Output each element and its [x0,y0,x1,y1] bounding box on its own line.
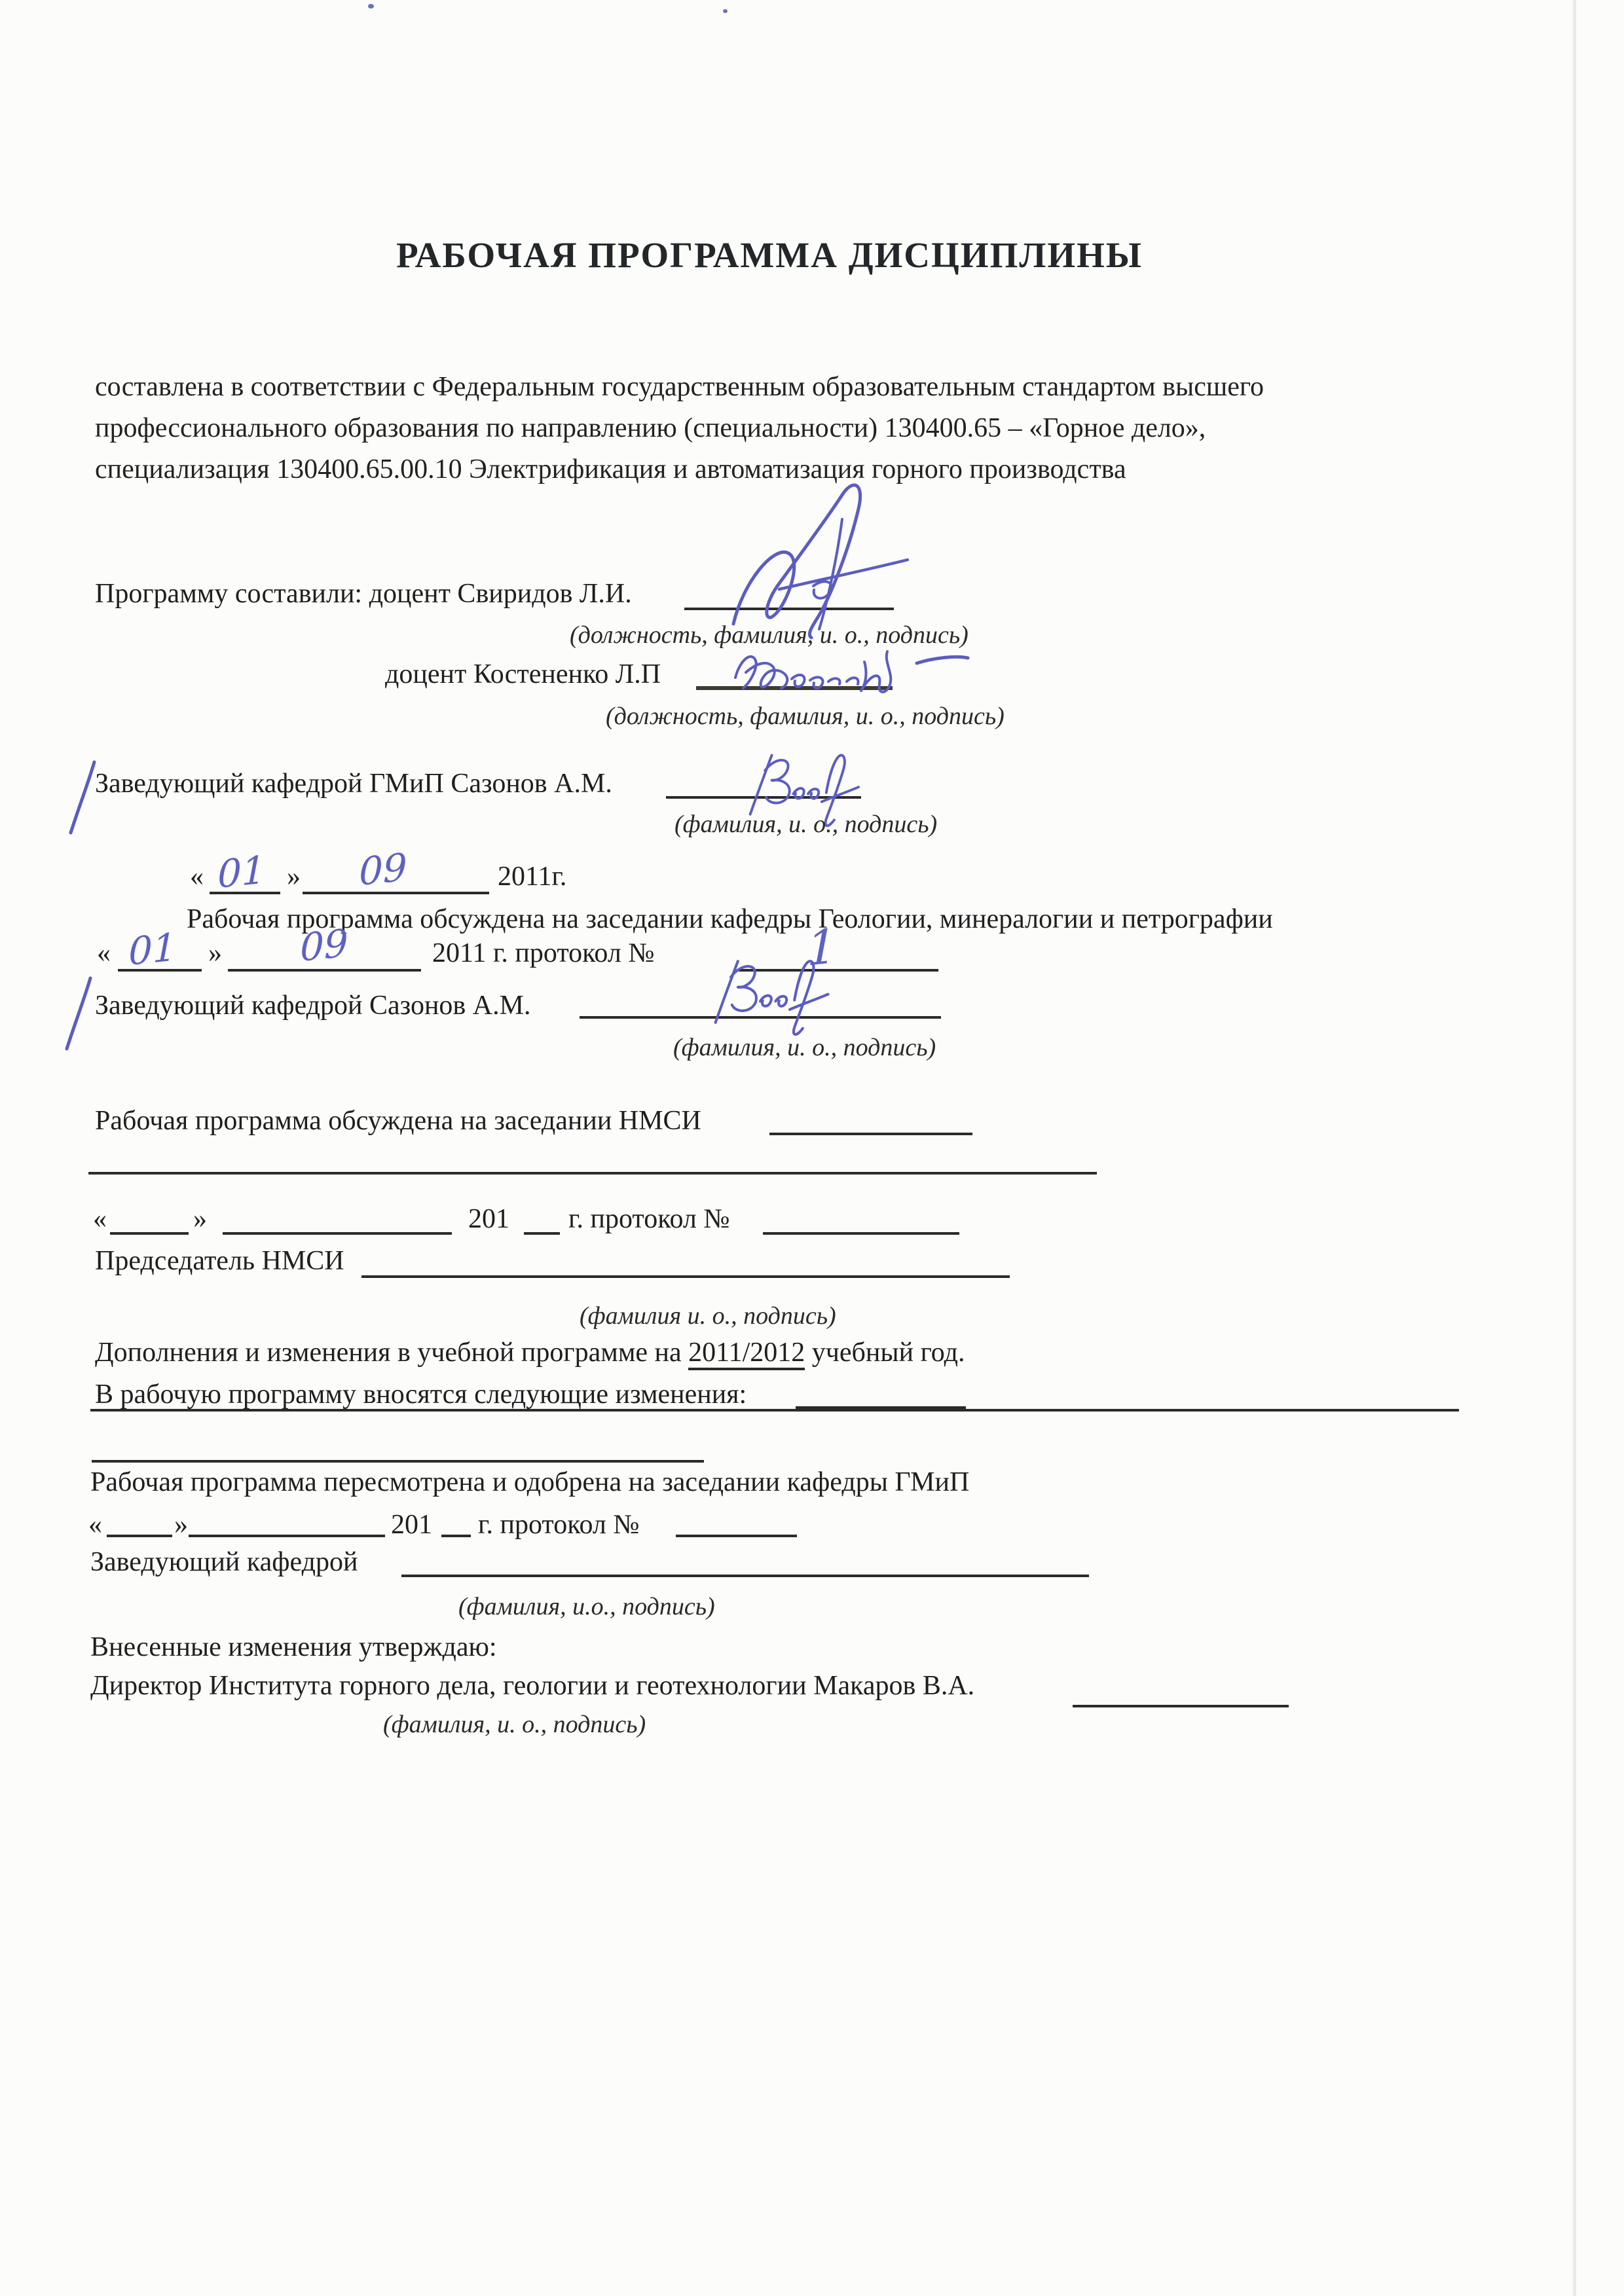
discussed-dept-row: Рабочая программа обсуждена на заседании… [187,903,1273,935]
quote-close: » [208,938,222,969]
blank-month-line [189,1535,385,1537]
blank-month-line [223,1232,452,1235]
scanned-document-page: РАБОЧАЯ ПРОГРАММА ДИСЦИПЛИНЫ составлена … [0,0,1624,2296]
amendments-suffix: учебный год. [805,1338,965,1368]
protocol-label: 2011 г. протокол № [432,938,654,969]
signature-caption: (фамилия, и. о., подпись) [674,810,937,839]
handwritten-day: 01 [128,924,176,974]
protocol-label: г. протокол № [568,1203,729,1235]
quote-close: » [193,1203,207,1235]
date-month-line [303,892,489,894]
compilers-row: доцент Костененко Л.П [385,659,661,690]
blank-protocol-line [763,1232,959,1235]
head-dept-row: Заведующий кафедрой ГМиП Сазонов А.М. [95,768,612,799]
blank-line [769,1133,972,1135]
signature-caption: (фамилия, и.о., подпись) [458,1592,715,1621]
handwritten-month: 09 [359,845,407,894]
compilers-row: Программу составили: доцент Свиридов Л.И… [95,578,632,610]
reviewed-row: Рабочая программа пересмотрена и одобрен… [90,1467,969,1498]
kostenenko-signature [730,644,972,702]
nmsi-discussed-row: Рабочая программа обсуждена на заседании… [95,1105,701,1137]
sviridov-signature [714,480,910,644]
blank-line [88,1172,1097,1175]
signature-line [401,1575,1089,1577]
intro-line: профессионального образования по направл… [95,408,1503,449]
protocol-label: г. протокол № [478,1509,639,1540]
quote-open: « [190,861,204,892]
signature-caption: (фамилия, и. о., подпись) [383,1710,646,1739]
amendments-row: Дополнения и изменения в учебной програм… [95,1337,965,1368]
signature-caption: (должность, фамилия, и. о., подпись) [606,702,1005,731]
approve-row: Внесенные изменения утверждаю: [90,1631,497,1663]
date-year: 2011г. [498,861,566,892]
head-dept-row: Заведующий кафедрой [90,1546,358,1578]
signature-caption: (фамилия, и. о., подпись) [673,1033,936,1062]
blank-day-line [110,1232,189,1235]
year-prefix: 201 [468,1203,509,1235]
academic-year-underlined: 2011/2012 [688,1338,805,1370]
director-row: Директор Института горного дела, геологи… [90,1670,974,1702]
blank-line-full-width [90,1409,1459,1412]
nmsi-chair-row: Председатель НМСИ [95,1245,344,1277]
quote-open: « [93,1203,107,1235]
amendments-prefix: Дополнения и изменения в учебной програм… [95,1338,688,1368]
blank-day-line [107,1535,172,1537]
signature-caption: (фамилия и. о., подпись) [580,1302,836,1330]
quote-close: » [174,1509,188,1540]
check-slash-mark [60,974,100,1053]
ink-speck [723,9,728,13]
handwritten-day: 01 [217,847,265,897]
intro-line: составлена в соответствии с Федеральным … [95,367,1503,408]
quote-open: « [88,1509,102,1540]
year-prefix: 201 [391,1509,432,1540]
blank-protocol-line [676,1535,797,1537]
ink-speck [368,4,374,9]
quote-close: » [287,861,301,892]
signature-line [1073,1705,1289,1707]
blank-year-line [441,1535,471,1537]
blank-year-line [524,1232,560,1235]
date-month-line [228,969,421,972]
quote-open: « [97,938,111,969]
blank-line [92,1460,704,1463]
changes-row: В рабочую программу вносятся следующие и… [95,1379,747,1410]
signature-line [361,1275,1010,1278]
handwritten-month: 09 [300,920,348,970]
scan-streak [1573,0,1576,2296]
document-title: РАБОЧАЯ ПРОГРАММА ДИСЦИПЛИНЫ [0,234,1539,276]
intro-paragraph: составлена в соответствии с Федеральным … [95,367,1503,490]
sazonov-signature [695,951,843,1039]
head-dept-row: Заведующий кафедрой Сазонов А.М. [95,990,530,1021]
